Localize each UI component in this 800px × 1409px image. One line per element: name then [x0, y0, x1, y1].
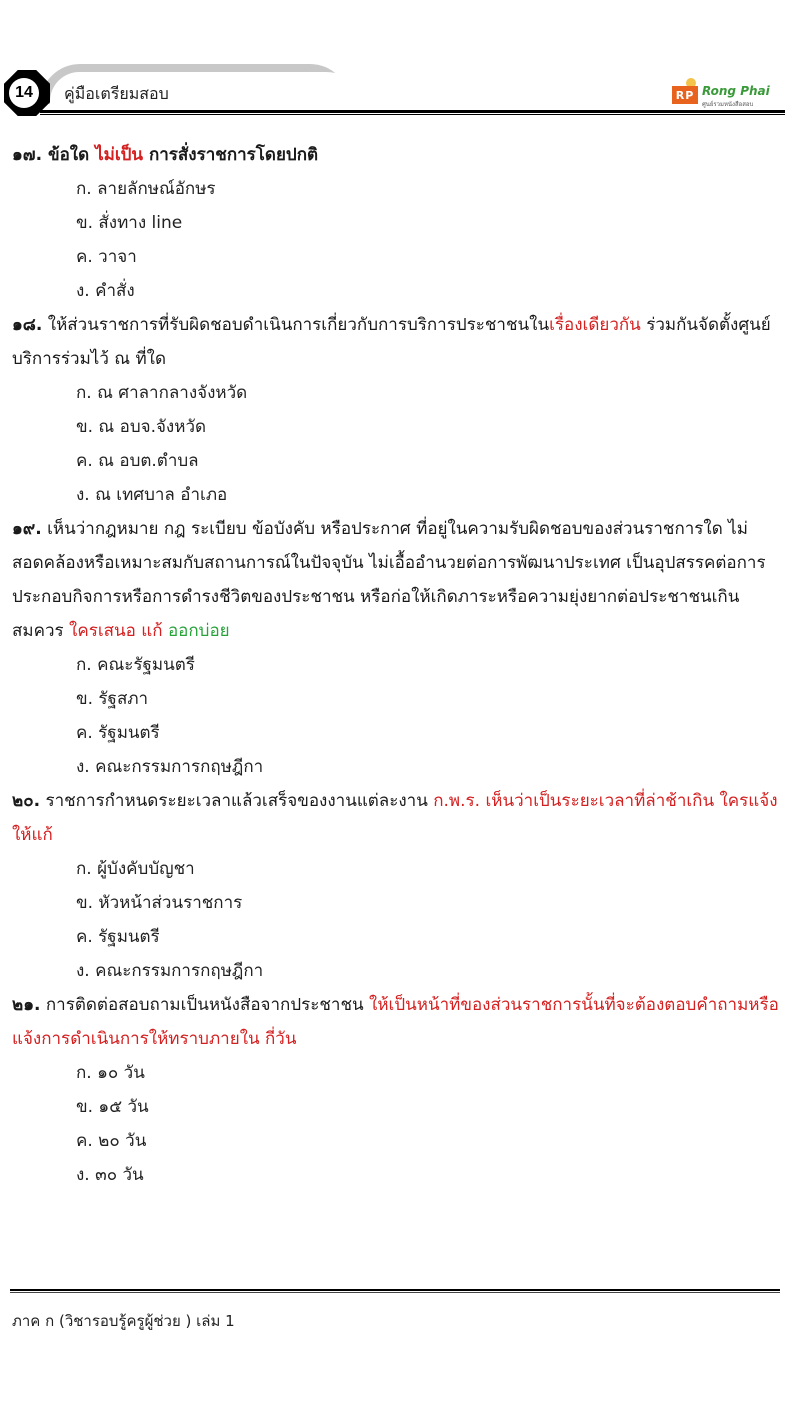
- page-header: 14 คู่มือเตรียมสอบ RP Rong Phai ศูนย์รวม…: [0, 60, 800, 120]
- option-d: ง. ๓๐ วัน: [76, 1158, 788, 1192]
- option-c: ค. ณ อบต.ตำบล: [76, 444, 788, 478]
- option-b: ข. ณ อบจ.จังหวัด: [76, 410, 788, 444]
- option-d: ง. คณะกรรมการกฤษฎีกา: [76, 750, 788, 784]
- header-title: คู่มือเตรียมสอบ: [64, 82, 169, 107]
- logo-name: Rong Phai: [702, 84, 770, 98]
- question-19: ๑๙. เห็นว่ากฎหมาย กฎ ระเบียบ ข้อบังคับ ห…: [12, 512, 788, 784]
- question-20: ๒๐. ราชการกำหนดระยะเวลาแล้วเสร็จของงานแต…: [12, 784, 788, 988]
- footer-text: ภาค ก (วิชารอบรู้ครูผู้ช่วย ) เล่ม 1: [12, 1309, 235, 1333]
- question-number: ๑๗.: [12, 145, 42, 165]
- footer-divider: [10, 1289, 780, 1293]
- option-b: ข. สั่งทาง line: [76, 206, 788, 240]
- answer-options: ก. ณ ศาลากลางจังหวัด ข. ณ อบจ.จังหวัด ค.…: [12, 376, 788, 512]
- option-a: ก. คณะรัฐมนตรี: [76, 648, 788, 682]
- header-divider: [40, 110, 785, 115]
- question-18: ๑๘. ให้ส่วนราชการที่รับผิดชอบดำเนินการเก…: [12, 308, 788, 512]
- option-d: ง. คำสั่ง: [76, 274, 788, 308]
- answer-options: ก. คณะรัฐมนตรี ข. รัฐสภา ค. รัฐมนตรี ง. …: [12, 648, 788, 784]
- question-text: ๑๙. เห็นว่ากฎหมาย กฎ ระเบียบ ข้อบังคับ ห…: [12, 512, 788, 648]
- logo-tagline: ศูนย์รวมหนังสือสอบ: [702, 99, 753, 109]
- answer-options: ก. ลายลักษณ์อักษร ข. สั่งทาง line ค. วาจ…: [12, 172, 788, 308]
- publisher-logo: RP Rong Phai ศูนย์รวมหนังสือสอบ: [672, 78, 787, 108]
- option-c: ค. รัฐมนตรี: [76, 920, 788, 954]
- option-b: ข. รัฐสภา: [76, 682, 788, 716]
- option-a: ก. ลายลักษณ์อักษร: [76, 172, 788, 206]
- option-c: ค. รัฐมนตรี: [76, 716, 788, 750]
- highlight-red: ไม่เป็น: [95, 145, 143, 165]
- question-21: ๒๑. การติดต่อสอบถามเป็นหนังสือจากประชาชน…: [12, 988, 788, 1192]
- question-number: ๑๙.: [12, 519, 42, 539]
- answer-options: ก. ผู้บังคับบัญชา ข. หัวหน้าส่วนราชการ ค…: [12, 852, 788, 988]
- question-17: ๑๗. ข้อใด ไม่เป็น การสั่งราชการโดยปกติ ก…: [12, 138, 788, 308]
- highlight-red: เรื่องเดียวกัน: [549, 315, 641, 335]
- option-d: ง. คณะกรรมการกฤษฎีกา: [76, 954, 788, 988]
- page-number: 14: [9, 78, 39, 108]
- question-text: ๑๗. ข้อใด ไม่เป็น การสั่งราชการโดยปกติ: [12, 138, 788, 172]
- question-list: ๑๗. ข้อใด ไม่เป็น การสั่งราชการโดยปกติ ก…: [12, 138, 788, 1192]
- option-a: ก. ณ ศาลากลางจังหวัด: [76, 376, 788, 410]
- option-c: ค. วาจา: [76, 240, 788, 274]
- option-d: ง. ณ เทศบาล อำเภอ: [76, 478, 788, 512]
- option-b: ข. หัวหน้าส่วนราชการ: [76, 886, 788, 920]
- option-a: ก. ๑๐ วัน: [76, 1056, 788, 1090]
- question-number: ๒๐.: [12, 791, 40, 811]
- logo-mark: RP: [672, 86, 698, 104]
- question-text: ๒๑. การติดต่อสอบถามเป็นหนังสือจากประชาชน…: [12, 988, 788, 1056]
- option-b: ข. ๑๕ วัน: [76, 1090, 788, 1124]
- question-number: ๒๑.: [12, 995, 40, 1015]
- highlight-green: ออกบ่อย: [168, 621, 230, 641]
- option-c: ค. ๒๐ วัน: [76, 1124, 788, 1158]
- question-text: ๑๘. ให้ส่วนราชการที่รับผิดชอบดำเนินการเก…: [12, 308, 788, 376]
- answer-options: ก. ๑๐ วัน ข. ๑๕ วัน ค. ๒๐ วัน ง. ๓๐ วัน: [12, 1056, 788, 1192]
- question-number: ๑๘.: [12, 315, 42, 335]
- option-a: ก. ผู้บังคับบัญชา: [76, 852, 788, 886]
- question-text: ๒๐. ราชการกำหนดระยะเวลาแล้วเสร็จของงานแต…: [12, 784, 788, 852]
- highlight-red: ใครเสนอ แก้: [69, 621, 162, 641]
